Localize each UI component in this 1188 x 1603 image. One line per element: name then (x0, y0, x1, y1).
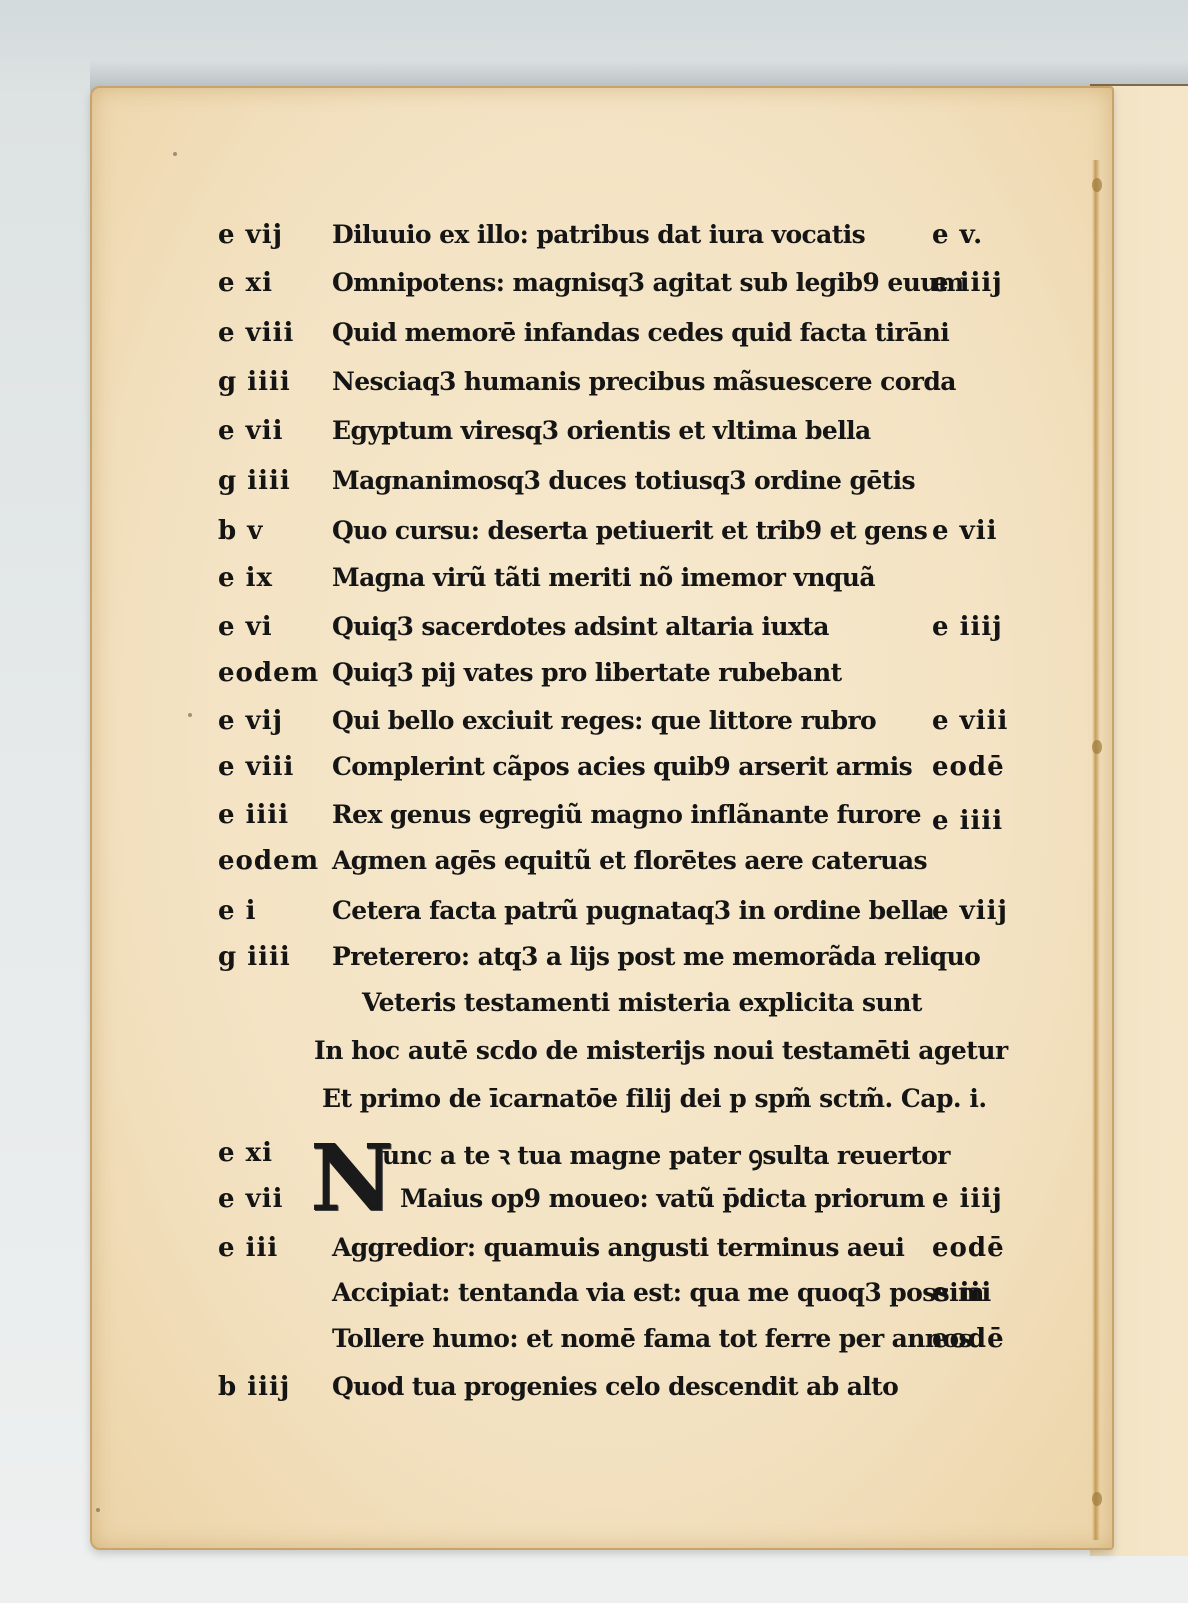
section-explicit-heading: Veteris testamenti misteria explicita su… (362, 988, 922, 1017)
chapter-title: Et primo de īcarnatōe filij dei p spm̃ s… (322, 1084, 987, 1113)
left-margin-reference: e vii (218, 416, 318, 446)
right-margin-reference: e iii (932, 1278, 1012, 1308)
verse-text: Omnipotens: magnisq3 agitat sub legib9 e… (332, 268, 932, 297)
right-margin-reference: e viii (932, 706, 1012, 736)
verse-text: Nesciaq3 humanis precibus mãsuescere cor… (332, 367, 932, 396)
binding-thread-hole (1092, 740, 1102, 754)
left-margin-reference: e iiii (218, 800, 318, 830)
verse-text: Preterero: atq3 a lijs post me memorãda … (332, 942, 932, 971)
left-margin-reference: e vij (218, 220, 318, 250)
left-margin-reference: e viii (218, 752, 318, 782)
left-margin-reference: g iiii (218, 367, 318, 397)
left-margin-reference: eodem (218, 846, 318, 876)
left-margin-reference: b v (218, 516, 318, 546)
right-margin-reference: eodē (932, 1324, 1012, 1354)
right-margin-reference: eodē (932, 1233, 1012, 1263)
left-margin-reference: e vi (218, 612, 318, 642)
left-margin-reference: e viii (218, 318, 318, 348)
paper-speck (173, 152, 177, 156)
verse-text: Complerint cãpos acies quib9 arserit arm… (332, 752, 932, 781)
verse-text: Egyptum viresq3 orientis et vltima bella (332, 416, 932, 445)
verse-text: Magnanimosq3 duces totiusq3 ordine gētis (332, 466, 932, 495)
verse-text: Accipiat: tentanda via est: qua me quoq3… (332, 1278, 932, 1307)
verse-text: Quiq3 sacerdotes adsint altaria iuxta (332, 612, 932, 641)
verse-text: Rex genus egregiũ magno inflãnante furor… (332, 800, 932, 829)
left-margin-reference: e iii (218, 1233, 318, 1263)
binding-thread-hole (1092, 1492, 1102, 1506)
verse-text: Cetera facta patrũ pugnataq3 in ordine b… (332, 896, 932, 925)
left-margin-reference: e vii (218, 1184, 318, 1214)
verse-text: Tollere humo: et nomē fama tot ferre per… (332, 1324, 932, 1353)
left-margin-reference: e ix (218, 563, 318, 593)
verse-text: Magna virũ tãti meriti nõ imemor vnquã (332, 563, 932, 592)
verse-text: Agmen agēs equitũ et florētes aere cater… (332, 846, 932, 875)
right-margin-reference: eodē (932, 752, 1012, 782)
right-margin-reference: e iiij (932, 1184, 1012, 1214)
verse-text: Aggredior: quamuis angusti terminus aeui (332, 1233, 932, 1262)
verse-text: Quiq3 pij vates pro libertate rubebant (332, 658, 932, 687)
right-margin-reference: e v. (932, 220, 1012, 250)
binding-thread-hole (1092, 178, 1102, 192)
binding-gutter (1092, 160, 1100, 1540)
section-incipit-heading: In hoc autē scdo de misterijs noui testa… (314, 1036, 1008, 1065)
verse-text: Quo cursu: deserta petiuerit et trib9 et… (332, 516, 932, 545)
right-margin-reference: e iiii (932, 806, 1012, 836)
left-margin-reference: e xi (218, 1138, 318, 1168)
right-margin-reference: e vii (932, 516, 1012, 546)
left-margin-reference: e vij (218, 706, 318, 736)
left-margin-reference: e i (218, 896, 318, 926)
verse-text: Qui bello exciuit reges: que littore rub… (332, 706, 932, 735)
left-margin-reference: b iiij (218, 1372, 318, 1402)
left-margin-reference: e xi (218, 268, 318, 298)
left-margin-reference: g iiii (218, 466, 318, 496)
right-margin-reference: e iiij (932, 612, 1012, 642)
paper-speck (188, 713, 192, 717)
verse-text: Quid memorē infandas cedes quid facta ti… (332, 318, 932, 347)
verse-text: Quod tua progenies celo descendit ab alt… (332, 1372, 932, 1401)
verse-text: Diluuio ex illo: patribus dat iura vocat… (332, 220, 932, 249)
verse-text: Maius op9 moueo: vatũ p̄dicta priorum (400, 1184, 1000, 1213)
verse-text: unc a te ꝛ tua magne pater ꝯsulta reuert… (382, 1138, 982, 1172)
right-margin-reference: e iiij (932, 268, 1012, 298)
right-margin-reference: e viij (932, 896, 1012, 926)
paper-speck (96, 1508, 100, 1512)
left-margin-reference: eodem (218, 658, 318, 688)
left-margin-reference: g iiii (218, 942, 318, 972)
